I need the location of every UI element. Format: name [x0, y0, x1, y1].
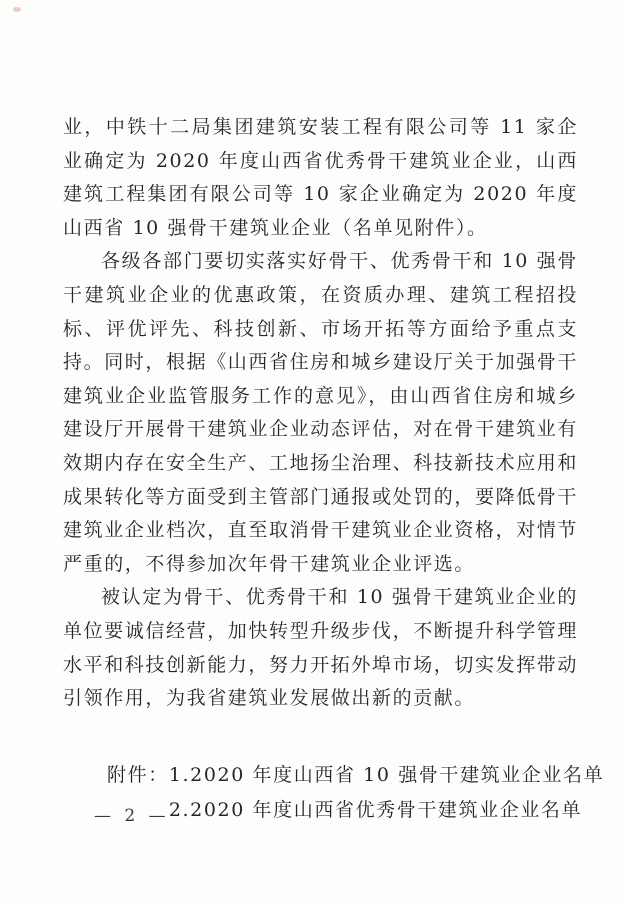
scan-artifact-speck [13, 7, 21, 12]
attachment-item-1: 1.2020 年度山西省 10 强骨干建筑业企业名单 [169, 758, 604, 794]
paragraph-continuation: 业，中铁十二局集团建筑安装工程有限公司等 11 家企业确定为 2020 年度山西… [63, 111, 578, 245]
paragraph-policy-support: 各级各部门要切实落实好骨干、优秀骨干和 10 强骨干建筑业企业的优惠政策，在资质… [63, 245, 578, 581]
document-body: 业，中铁十二局集团建筑安装工程有限公司等 11 家企业确定为 2020 年度山西… [63, 111, 578, 829]
document-page: 业，中铁十二局集团建筑安装工程有限公司等 11 家企业确定为 2020 年度山西… [0, 0, 624, 903]
paragraph-expectations: 被认定为骨干、优秀骨干和 10 强骨干建筑业企业的单位要诚信经营，加快转型升级步… [63, 581, 578, 715]
attachment-item-2: 2.2020 年度山西省优秀骨干建筑业企业名单 [169, 793, 604, 829]
attachments-label: 附件： [107, 758, 169, 794]
page-number: — 2 — [94, 806, 170, 826]
attachments-list: 1.2020 年度山西省 10 强骨干建筑业企业名单 2.2020 年度山西省优… [169, 758, 604, 829]
